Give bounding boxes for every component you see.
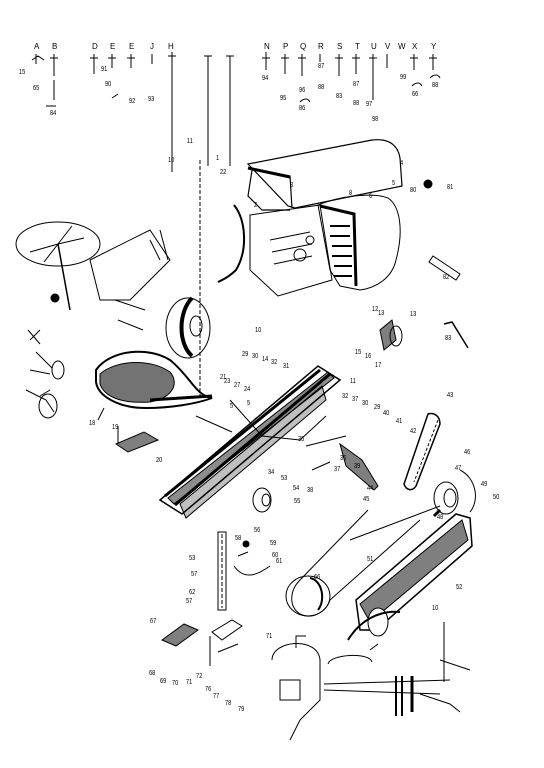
part-number-label: 77 <box>213 693 219 700</box>
part-number-label: 52 <box>456 584 462 591</box>
part-number-label: 19 <box>112 424 118 431</box>
column-letter: Y <box>431 43 436 51</box>
part-number-label: 66 <box>314 574 320 581</box>
part-number-label: 90 <box>105 81 111 88</box>
part-number-label: 6 <box>369 193 372 200</box>
part-number-label: 70 <box>172 680 178 687</box>
part-number-label: 61 <box>276 558 282 565</box>
part-number-label: 8 <box>349 190 352 197</box>
part-number-label: 53 <box>281 475 287 482</box>
part-number-label: 47 <box>455 465 461 472</box>
part-number-label: 50 <box>493 494 499 501</box>
part-number-label: 13 <box>378 310 384 317</box>
part-number-label: 16 <box>365 353 371 360</box>
part-number-label: 41 <box>396 418 402 425</box>
part-number-label: 13 <box>410 311 416 318</box>
hardware-80-81 <box>424 180 432 188</box>
part-number-label: 68 <box>149 670 155 677</box>
part-number-label: 24 <box>244 386 250 393</box>
part-number-label: 66 <box>412 91 418 98</box>
part-number-label: 15 <box>355 349 361 356</box>
part-number-label: 29 <box>242 351 248 358</box>
part-number-label: 78 <box>225 700 231 707</box>
part-number-label: 79 <box>238 706 244 713</box>
part-number-label: 17 <box>375 362 381 369</box>
part-number-label: 92 <box>129 98 135 105</box>
column-letter: J <box>150 43 154 51</box>
part-number-label: 57 <box>191 571 197 578</box>
part-number-label: 76 <box>205 686 211 693</box>
part-number-label: 39 <box>354 463 360 470</box>
part-number-label: 56 <box>254 527 260 534</box>
part-number-label: 53 <box>189 555 195 562</box>
part-number-label: 14 <box>262 356 268 363</box>
part-number-label: 40 <box>383 410 389 417</box>
part-number-label: 88 <box>353 100 359 107</box>
part-number-label: 35 <box>298 436 304 443</box>
front-wheel <box>166 298 210 358</box>
part-number-label: 91 <box>101 66 107 73</box>
part-number-label: 87 <box>353 81 359 88</box>
part-number-label: 37 <box>334 466 340 473</box>
part-number-label: 83 <box>336 93 342 100</box>
part-number-label: 31 <box>283 363 289 370</box>
part-number-label: 10 <box>255 327 261 334</box>
part-number-label: 80 <box>410 187 416 194</box>
part-number-label: 23 <box>224 378 230 385</box>
column-letter: A <box>34 43 39 51</box>
pulley-assembly-right <box>434 470 475 516</box>
part-number-label: 99 <box>400 74 406 81</box>
part-number-label: 18 <box>89 420 95 427</box>
part-number-label: 54 <box>293 485 299 492</box>
part-number-label: 51 <box>367 556 373 563</box>
hood <box>248 140 402 210</box>
column-letter: D <box>92 43 98 51</box>
part-number-label: 97 <box>366 101 372 108</box>
part-number-label: 88 <box>432 82 438 89</box>
part-number-label: 69 <box>160 678 166 685</box>
part-number-label: 44 <box>367 485 373 492</box>
part-number-label: 32 <box>271 359 277 366</box>
column-letter: E <box>129 43 134 51</box>
column-letter: H <box>168 43 174 51</box>
seat-pan <box>96 352 212 420</box>
column-letter: B <box>52 43 57 51</box>
part-number-label: 62 <box>189 589 195 596</box>
column-letter: R <box>318 43 324 51</box>
part-number-label: 36 <box>340 455 346 462</box>
column-letter: W <box>398 43 406 51</box>
lower-bracket-plate <box>162 620 242 666</box>
part-number-label: 65 <box>33 85 39 92</box>
part-number-label: 67 <box>150 618 156 625</box>
part-number-label: 94 <box>262 75 268 82</box>
lift-arm <box>404 413 440 489</box>
column-letter: E <box>110 43 115 51</box>
part-number-label: 48 <box>437 514 443 521</box>
rear-bracket-rail <box>306 436 378 490</box>
part-number-label: 45 <box>363 496 369 503</box>
part-number-label: 11 <box>350 378 356 385</box>
part-number-label: 46 <box>464 449 470 456</box>
frame-rail-right <box>356 514 472 682</box>
rear-column <box>218 532 270 610</box>
part-number-label: 30 <box>252 353 258 360</box>
part-number-label: 27 <box>234 382 240 389</box>
part-number-label: 72 <box>196 673 202 680</box>
part-number-label: 42 <box>410 428 416 435</box>
part-number-label: 4 <box>400 160 403 167</box>
part-number-label: 29 <box>374 404 380 411</box>
column-letter: X <box>412 43 417 51</box>
parts-diagram-canvas <box>0 0 544 768</box>
part-number-label: 11 <box>187 138 193 145</box>
part-number-label: 57 <box>186 598 192 605</box>
part-number-label: 10 <box>168 157 174 164</box>
engine <box>250 205 332 296</box>
part-number-label: 81 <box>447 184 453 191</box>
part-number-label: 95 <box>280 95 286 102</box>
part-number-label: 83 <box>445 335 451 342</box>
part-number-label: 55 <box>294 498 300 505</box>
part-number-label: 5 <box>247 400 250 407</box>
part-number-label: 71 <box>186 679 192 686</box>
column-letter: N <box>264 43 270 51</box>
dash-panel <box>200 160 244 400</box>
part-number-label: 10 <box>432 605 438 612</box>
part-number-label: 86 <box>299 105 305 112</box>
grille <box>318 195 400 290</box>
column-letter: T <box>355 43 360 51</box>
part-number-label: 87 <box>318 63 324 70</box>
part-number-label: 49 <box>481 481 487 488</box>
brake-assembly <box>380 320 402 350</box>
part-number-label: 59 <box>270 540 276 547</box>
part-number-label: 20 <box>156 457 162 464</box>
part-number-label: 96 <box>299 87 305 94</box>
part-number-label: 38 <box>307 487 313 494</box>
hardware-column-fasteners <box>32 52 440 172</box>
part-number-label: 93 <box>148 96 154 103</box>
column-letter: Q <box>300 43 306 51</box>
pedal-plate <box>116 426 158 452</box>
part-number-label: 2 <box>254 202 257 209</box>
column-letter: V <box>385 43 390 51</box>
column-letter: P <box>283 43 288 51</box>
part-number-label: 84 <box>50 110 56 117</box>
part-number-label: 5 <box>392 180 395 187</box>
column-letter: S <box>337 43 342 51</box>
part-number-label: 37 <box>352 396 358 403</box>
part-number-label: 1 <box>216 155 219 162</box>
part-number-label: 34 <box>268 469 274 476</box>
part-number-label: 88 <box>318 84 324 91</box>
steering-linkage <box>51 230 170 330</box>
part-number-label: 32 <box>342 393 348 400</box>
part-number-label: 58 <box>235 535 241 542</box>
part-number-label: 98 <box>372 116 378 123</box>
column-letter: U <box>371 43 377 51</box>
part-number-label: 15 <box>19 69 25 76</box>
part-number-label: 22 <box>220 169 226 176</box>
part-number-label: 5 <box>230 403 233 410</box>
part-number-label: 82 <box>443 274 449 281</box>
part-number-label: 30 <box>362 400 368 407</box>
pulley-assembly-left <box>253 488 271 512</box>
part-number-label: 43 <box>447 392 453 399</box>
part-number-label: 3 <box>290 182 293 189</box>
front-spindles <box>26 330 64 418</box>
part-number-label: 71 <box>266 633 272 640</box>
